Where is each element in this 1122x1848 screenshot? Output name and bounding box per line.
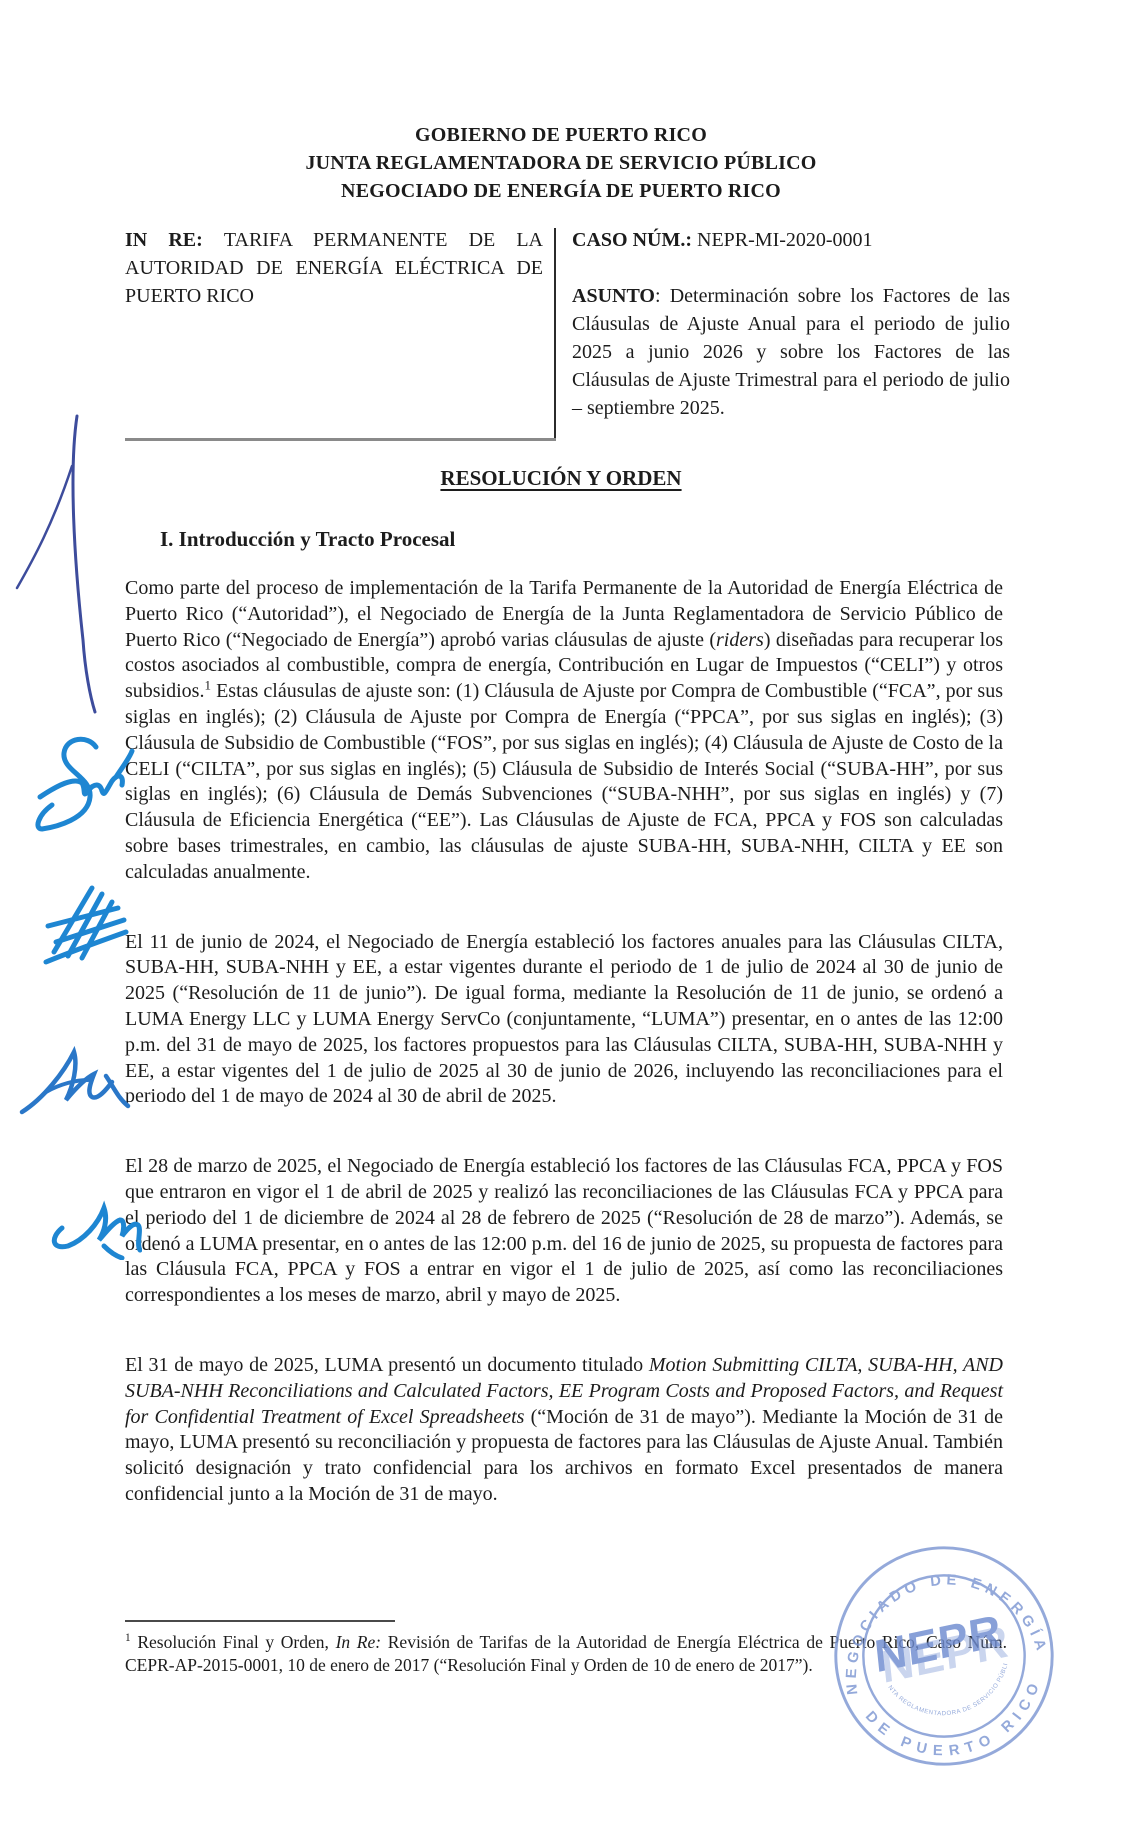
paragraph-4: El 31 de mayo de 2025, LUMA presentó un …	[125, 1353, 1003, 1508]
bureau-seal-stamp: NEGOCIADO DE ENERGÍA DE PUERTO RICO JUNT…	[826, 1538, 1062, 1774]
reviewer-initials-4-icon	[44, 1188, 142, 1260]
case-number: CASO NÚM.: NEPR-MI-2020-0001	[572, 226, 1010, 254]
caption-bottom-rule	[125, 438, 556, 441]
case-subject: ASUNTO: Determinación sobre los Factores…	[572, 282, 1010, 422]
document-page: GOBIERNO DE PUERTO RICO JUNTA REGLAMENTA…	[0, 0, 1122, 1848]
caption-case-info: CASO NÚM.: NEPR-MI-2020-0001 ASUNTO: Det…	[572, 226, 1010, 422]
paragraph-1: Como parte del proceso de implementación…	[125, 576, 1003, 886]
reviewer-initials-2-icon	[38, 880, 130, 966]
paragraph-3: El 28 de marzo de 2025, el Negociado de …	[125, 1154, 1003, 1309]
caption-vertical-divider	[554, 228, 556, 440]
reviewer-initials-1-icon	[32, 733, 136, 841]
footnote-separator	[125, 1620, 395, 1622]
document-body: Como parte del proceso de implementación…	[125, 576, 1003, 1552]
section-heading: I. Introducción y Tracto Procesal	[160, 527, 455, 552]
document-title: RESOLUCIÓN Y ORDEN	[0, 466, 1122, 491]
paragraph-2: El 11 de junio de 2024, el Negociado de …	[125, 930, 1003, 1111]
caption-in-re: IN RE: TARIFA PERMANENTE DE LA AUTORIDAD…	[125, 226, 543, 310]
reviewer-initials-3-icon	[16, 1040, 134, 1128]
margin-check-line-icon	[5, 408, 105, 720]
